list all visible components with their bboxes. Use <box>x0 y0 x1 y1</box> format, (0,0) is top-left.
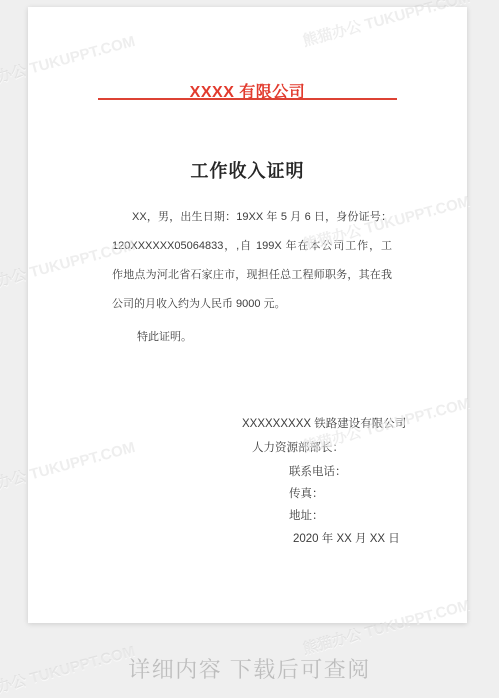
body-paragraph-line: 公司的月收入约为人民币 9000 元。 <box>112 290 392 319</box>
body-paragraph-line: 作地点为河北省石家庄市，现担任总工程师职务，其在我 <box>112 261 392 290</box>
template-preview-canvas: XXXX 有限公司 工作收入证明 XX，男，出生日期：19XX 年 5 月 6 … <box>0 0 499 698</box>
body-paragraph-line: XX，男，出生日期：19XX 年 5 月 6 日，身份证号： <box>112 203 392 232</box>
header-underline <box>98 98 397 100</box>
signature-fax-label: 传真： <box>289 486 324 502</box>
document-title: 工作收入证明 <box>28 157 467 183</box>
closing-statement: 特此证明。 <box>112 323 392 352</box>
signature-company: XXXXXXXXX 铁路建设有限公司 <box>242 416 406 432</box>
signature-address-label: 地址： <box>289 508 324 524</box>
footer-caption: 详细内容 下载后可查阅 <box>0 653 499 684</box>
signature-date: 2020 年 XX 月 XX 日 <box>293 531 400 547</box>
body-paragraph-line: 120XXXXXX05064833，,自 199X 年在本公司工作，工 <box>112 232 392 261</box>
signature-hr-director-label: 人力资源部部长： <box>252 440 344 456</box>
document-page: XXXX 有限公司 工作收入证明 XX，男，出生日期：19XX 年 5 月 6 … <box>28 7 467 623</box>
signature-phone-label: 联系电话： <box>289 464 347 480</box>
